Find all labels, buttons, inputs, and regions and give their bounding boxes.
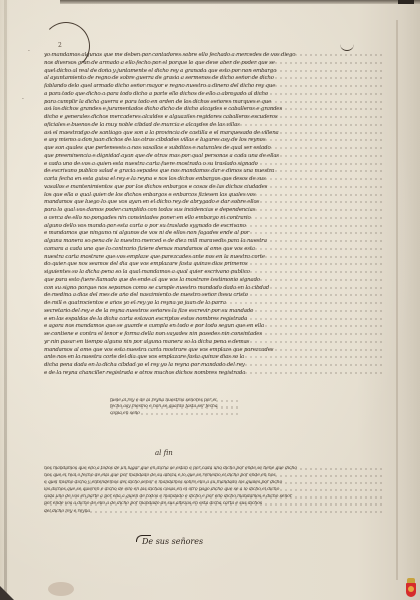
manuscript-line: nos que el real o fecho de ella que por …	[44, 473, 384, 478]
manuscript-line: para lo qual vos damos poder cumplido co…	[44, 207, 384, 213]
manuscript-line: yr nin pasar en tiempo alguno nin por al…	[44, 339, 384, 345]
manuscript-line: ante nos en la nuestra corte del dia que…	[44, 354, 384, 360]
manuscript-line: secretario del rey e de la reyna nuestro…	[44, 308, 384, 314]
manuscript-line: e mandamos que ninguno ni algunos de vos…	[44, 230, 384, 236]
manuscript-line: vasallos e mantenimientos que por los di…	[44, 184, 384, 190]
bottom-left-corner	[0, 586, 14, 600]
manuscript-line: oficiales e buenos de la muy noble cibda…	[44, 122, 384, 128]
manuscript-line: e en las espaldas de la dicha carta esta…	[44, 316, 384, 322]
manuscript-line: copia en sello	[110, 411, 240, 416]
manuscript-line: alguna manera so pena de la nuestra merc…	[44, 238, 384, 244]
manuscript-line: nos mandamos que ello a todos de un luga…	[44, 466, 384, 471]
folio-mark: 2	[58, 42, 62, 49]
margin-dot: ·	[22, 96, 24, 103]
section-heading: al fin	[155, 449, 173, 457]
manuscript-line: asi el maestradgo de santiago que son a …	[44, 130, 384, 136]
manuscript-line: nuestra carta mostrare que vos emplaze q…	[44, 254, 384, 260]
manuscript-line: para cumplir la dicha guerra e para todo…	[44, 99, 384, 105]
page-top-edge	[60, 0, 420, 4]
signature: De sus señores	[142, 537, 203, 546]
main-text-block: yo mandamos algunas que me deben por con…	[44, 52, 384, 378]
manuscript-line: se contiene e contra el tenor e forma de…	[44, 331, 384, 337]
manuscript-line: e quel mismo dicho y entendemos del dich…	[44, 480, 384, 485]
manuscript-line: e de la reyna chanciller registrada e ot…	[44, 370, 384, 376]
manuscript-line: asi los dichos grandes e juramentados di…	[44, 106, 384, 112]
archive-coat-of-arms-icon	[405, 578, 417, 598]
manuscript-line: dicha pena dada en la dicha cibdad yo el…	[44, 362, 384, 368]
manuscript-page: 2 · · yo mandamos algunas que me deben p…	[0, 0, 420, 600]
manuscript-line: nos diversos gran de armado a ello fecho…	[44, 60, 384, 66]
manuscript-line: o cerca de ello no pongades nin consinta…	[44, 215, 384, 221]
manuscript-line: fecho asy mesmo e non se guardo fasta se…	[110, 404, 240, 409]
marginal-note-block: fuele al rey e de la reyna nuestros seño…	[110, 398, 240, 417]
paper-stain	[48, 582, 74, 596]
manuscript-line: a para todo que dicho a para todo dicho …	[44, 91, 384, 97]
margin-dot: ·	[28, 48, 30, 55]
right-margin-fold	[396, 20, 398, 580]
manuscript-line: e asy mismo a don juan dichos de las otr…	[44, 137, 384, 143]
manuscript-line: alguno dello vos manda por esta carta o …	[44, 223, 384, 229]
manuscript-line: que preeminencia e dignidad ayan que de …	[44, 153, 384, 159]
manuscript-line: siguientes so la dicha pena so la qual m…	[44, 269, 384, 275]
manuscript-line: mandamos al ome que vos esta nuestra car…	[44, 347, 384, 353]
manuscript-line: carta fecha en esta guisa el rey e la re…	[44, 176, 384, 182]
manuscript-line: que para esto fuere llamado que de ende …	[44, 277, 384, 283]
line-flourish	[340, 44, 354, 51]
shield-icon	[406, 583, 416, 597]
lower-text-block: nos mandamos que ello a todos de un luga…	[44, 466, 384, 516]
manuscript-line: e agora nos mandamos que se guarde e cum…	[44, 323, 384, 329]
manuscript-line: cada uno de vos en parte a por ella a qu…	[44, 494, 384, 499]
manuscript-line: yo mandamos algunas que me deben por con…	[44, 52, 384, 58]
manuscript-line: los dichos que se quieren e dicho de ell…	[44, 487, 384, 492]
manuscript-line: al ayuntamiento de regno de sobre guerra…	[44, 75, 384, 81]
manuscript-line: do quier que nos seamos del dia que vos …	[44, 261, 384, 267]
manuscript-line: con su signo porque nos sepamos como se …	[44, 285, 384, 291]
left-binding-fold	[4, 0, 7, 600]
manuscript-line: de mill e quatrocientos e años yo el rey…	[44, 300, 384, 306]
manuscript-line: dicho e generales dichos mercaderes alca…	[44, 114, 384, 120]
manuscript-line: camara a cada uno que lo contrario fizie…	[44, 246, 384, 252]
manuscript-line: que son quales que perteneseis a nos vas…	[44, 145, 384, 151]
manuscript-line: los que ella o qual quier de los dichos …	[44, 192, 384, 198]
manuscript-line: fablando delo quel armado dicho señor ma…	[44, 83, 384, 89]
manuscript-line: e cada uno de vos a quien esta nuestra c…	[44, 161, 384, 167]
manuscript-line: de escrivano publico salud e gracia sepa…	[44, 168, 384, 174]
manuscript-line: de medina a dias del mes de año del nasc…	[44, 292, 384, 298]
manuscript-line: por ende vos a dicho de ello a de dicho …	[44, 501, 384, 506]
manuscript-line: quel dicho al real de doña y juntamente …	[44, 68, 384, 74]
page-corner-shadow	[398, 0, 414, 4]
manuscript-line: fuele al rey e de la reyna nuestros seño…	[110, 398, 240, 403]
manuscript-line: mandamos que luego lo que vos ayan en el…	[44, 199, 384, 205]
manuscript-line: del dicho rey e reyna	[44, 509, 384, 514]
